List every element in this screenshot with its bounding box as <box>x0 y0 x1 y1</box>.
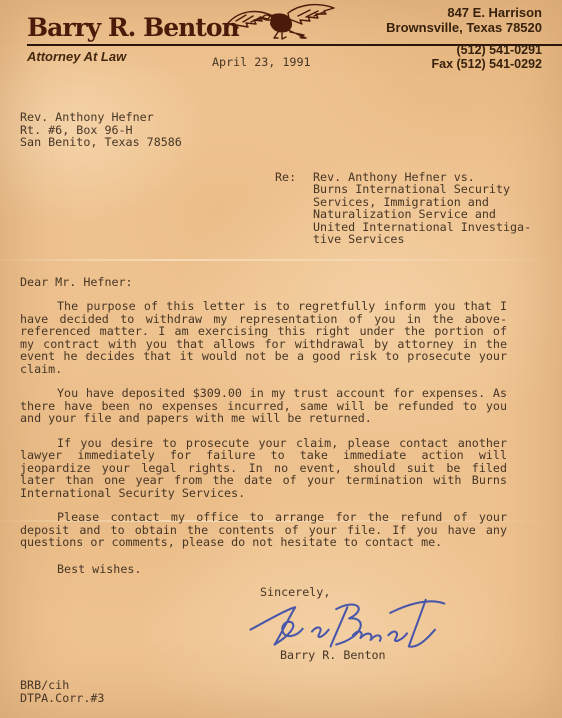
letter-page: Barry R. Benton 847 E. Harrison Brownsvi… <box>0 0 562 718</box>
typed-signature-name: Barry R. Benton <box>280 649 386 662</box>
salutation: Dear Mr. Hefner: <box>20 276 507 289</box>
re-line: tive Services <box>313 233 531 246</box>
text-line: claim. <box>20 363 507 376</box>
text-line: later than one year from the date of you… <box>20 474 507 487</box>
text-line: questions or comments, please do not hes… <box>20 536 507 549</box>
address-line: Brownsville, Texas 78520 <box>386 21 542 36</box>
letterhead-tagline: Attorney At Law <box>27 49 126 64</box>
eagle-icon <box>226 2 338 40</box>
text-line: lawyer immediately for failure to take i… <box>20 449 507 462</box>
body-paragraph: Please contact my office to arrange for … <box>20 511 507 549</box>
text-line: event he decides that it would not be a … <box>20 350 507 363</box>
text-line: The purpose of this letter is to regretf… <box>20 300 507 313</box>
body-paragraphs: The purpose of this letter is to regretf… <box>20 300 507 549</box>
reference-line: BRB/cih <box>20 679 104 692</box>
reference-initials-block: BRB/cihDTPA.Corr.#3 <box>20 679 104 704</box>
text-line: Please contact my office to arrange for … <box>20 511 507 524</box>
body-paragraph: The purpose of this letter is to regretf… <box>20 300 507 375</box>
closing-line: Best wishes. <box>20 563 507 576</box>
letterhead-address: 847 E. Harrison Brownsville, Texas 78520 <box>386 6 542 35</box>
re-line: Burns International Security <box>313 183 531 196</box>
re-lines: Rev. Anthony Hefner vs.Burns Internation… <box>313 171 531 246</box>
letterhead-name: Barry R. Benton <box>27 13 239 42</box>
text-line: You have deposited $309.00 in my trust a… <box>20 387 507 400</box>
address-line: 847 E. Harrison <box>386 6 542 21</box>
letter-date: April 23, 1991 <box>212 56 311 69</box>
re-label: Re: <box>275 171 313 246</box>
phone-line: (512) 541-0291 <box>432 44 543 58</box>
re-line: Naturalization Service and <box>313 208 531 221</box>
recipient-line: Rev. Anthony Hefner <box>20 111 507 124</box>
text-line: referenced matter. I am exercising this … <box>20 325 507 338</box>
fax-line: Fax (512) 541-0292 <box>432 58 543 72</box>
reference-line: DTPA.Corr.#3 <box>20 692 104 705</box>
recipient-line: San Benito, Texas 78586 <box>20 136 507 149</box>
letterhead-phones: (512) 541-0291 Fax (512) 541-0292 <box>432 44 543 71</box>
re-block: Re: Rev. Anthony Hefner vs.Burns Interna… <box>275 171 507 246</box>
recipient-block: Rev. Anthony HefnerRt. #6, Box 96-HSan B… <box>20 111 507 149</box>
body-paragraph: If you desire to prosecute your claim, p… <box>20 437 507 500</box>
body-paragraph: You have deposited $309.00 in my trust a… <box>20 387 507 425</box>
text-line: and your file and papers with me will be… <box>20 412 507 425</box>
letter-body: Rev. Anthony HefnerRt. #6, Box 96-HSan B… <box>20 111 507 575</box>
text-line: International Security Services. <box>20 487 507 500</box>
